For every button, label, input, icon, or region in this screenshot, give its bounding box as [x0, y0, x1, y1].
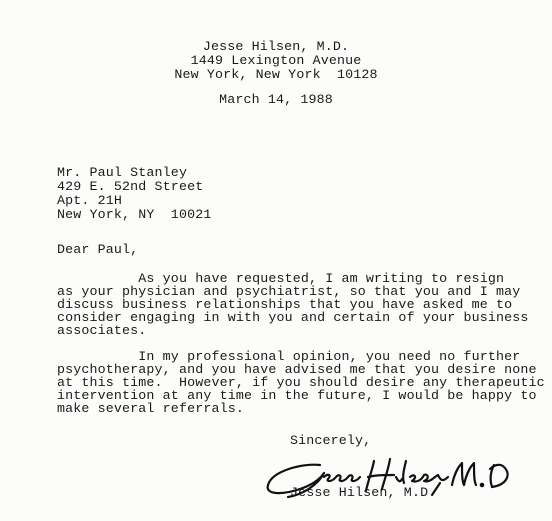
recipient-street: 429 E. 52nd Street: [57, 180, 203, 194]
recipient-city: New York, NY 10021: [57, 208, 211, 222]
letterhead-name: Jesse Hilsen, M.D.: [0, 40, 552, 54]
recipient-name: Mr. Paul Stanley: [57, 166, 187, 180]
paragraph-line: associates.: [57, 324, 146, 338]
letterhead-street: 1449 Lexington Avenue: [0, 54, 552, 68]
closing: Sincerely,: [290, 434, 371, 448]
salutation: Dear Paul,: [57, 243, 138, 257]
recipient-apt: Apt. 21H: [57, 194, 122, 208]
letterhead-city: New York, New York 10128: [0, 68, 552, 82]
letter-date: March 14, 1988: [0, 93, 552, 107]
typed-name: Jesse Hilsen, M.D.: [290, 486, 436, 500]
letter-page: Jesse Hilsen, M.D. 1449 Lexington Avenue…: [0, 0, 552, 521]
paragraph-line: make several referrals.: [57, 402, 244, 416]
